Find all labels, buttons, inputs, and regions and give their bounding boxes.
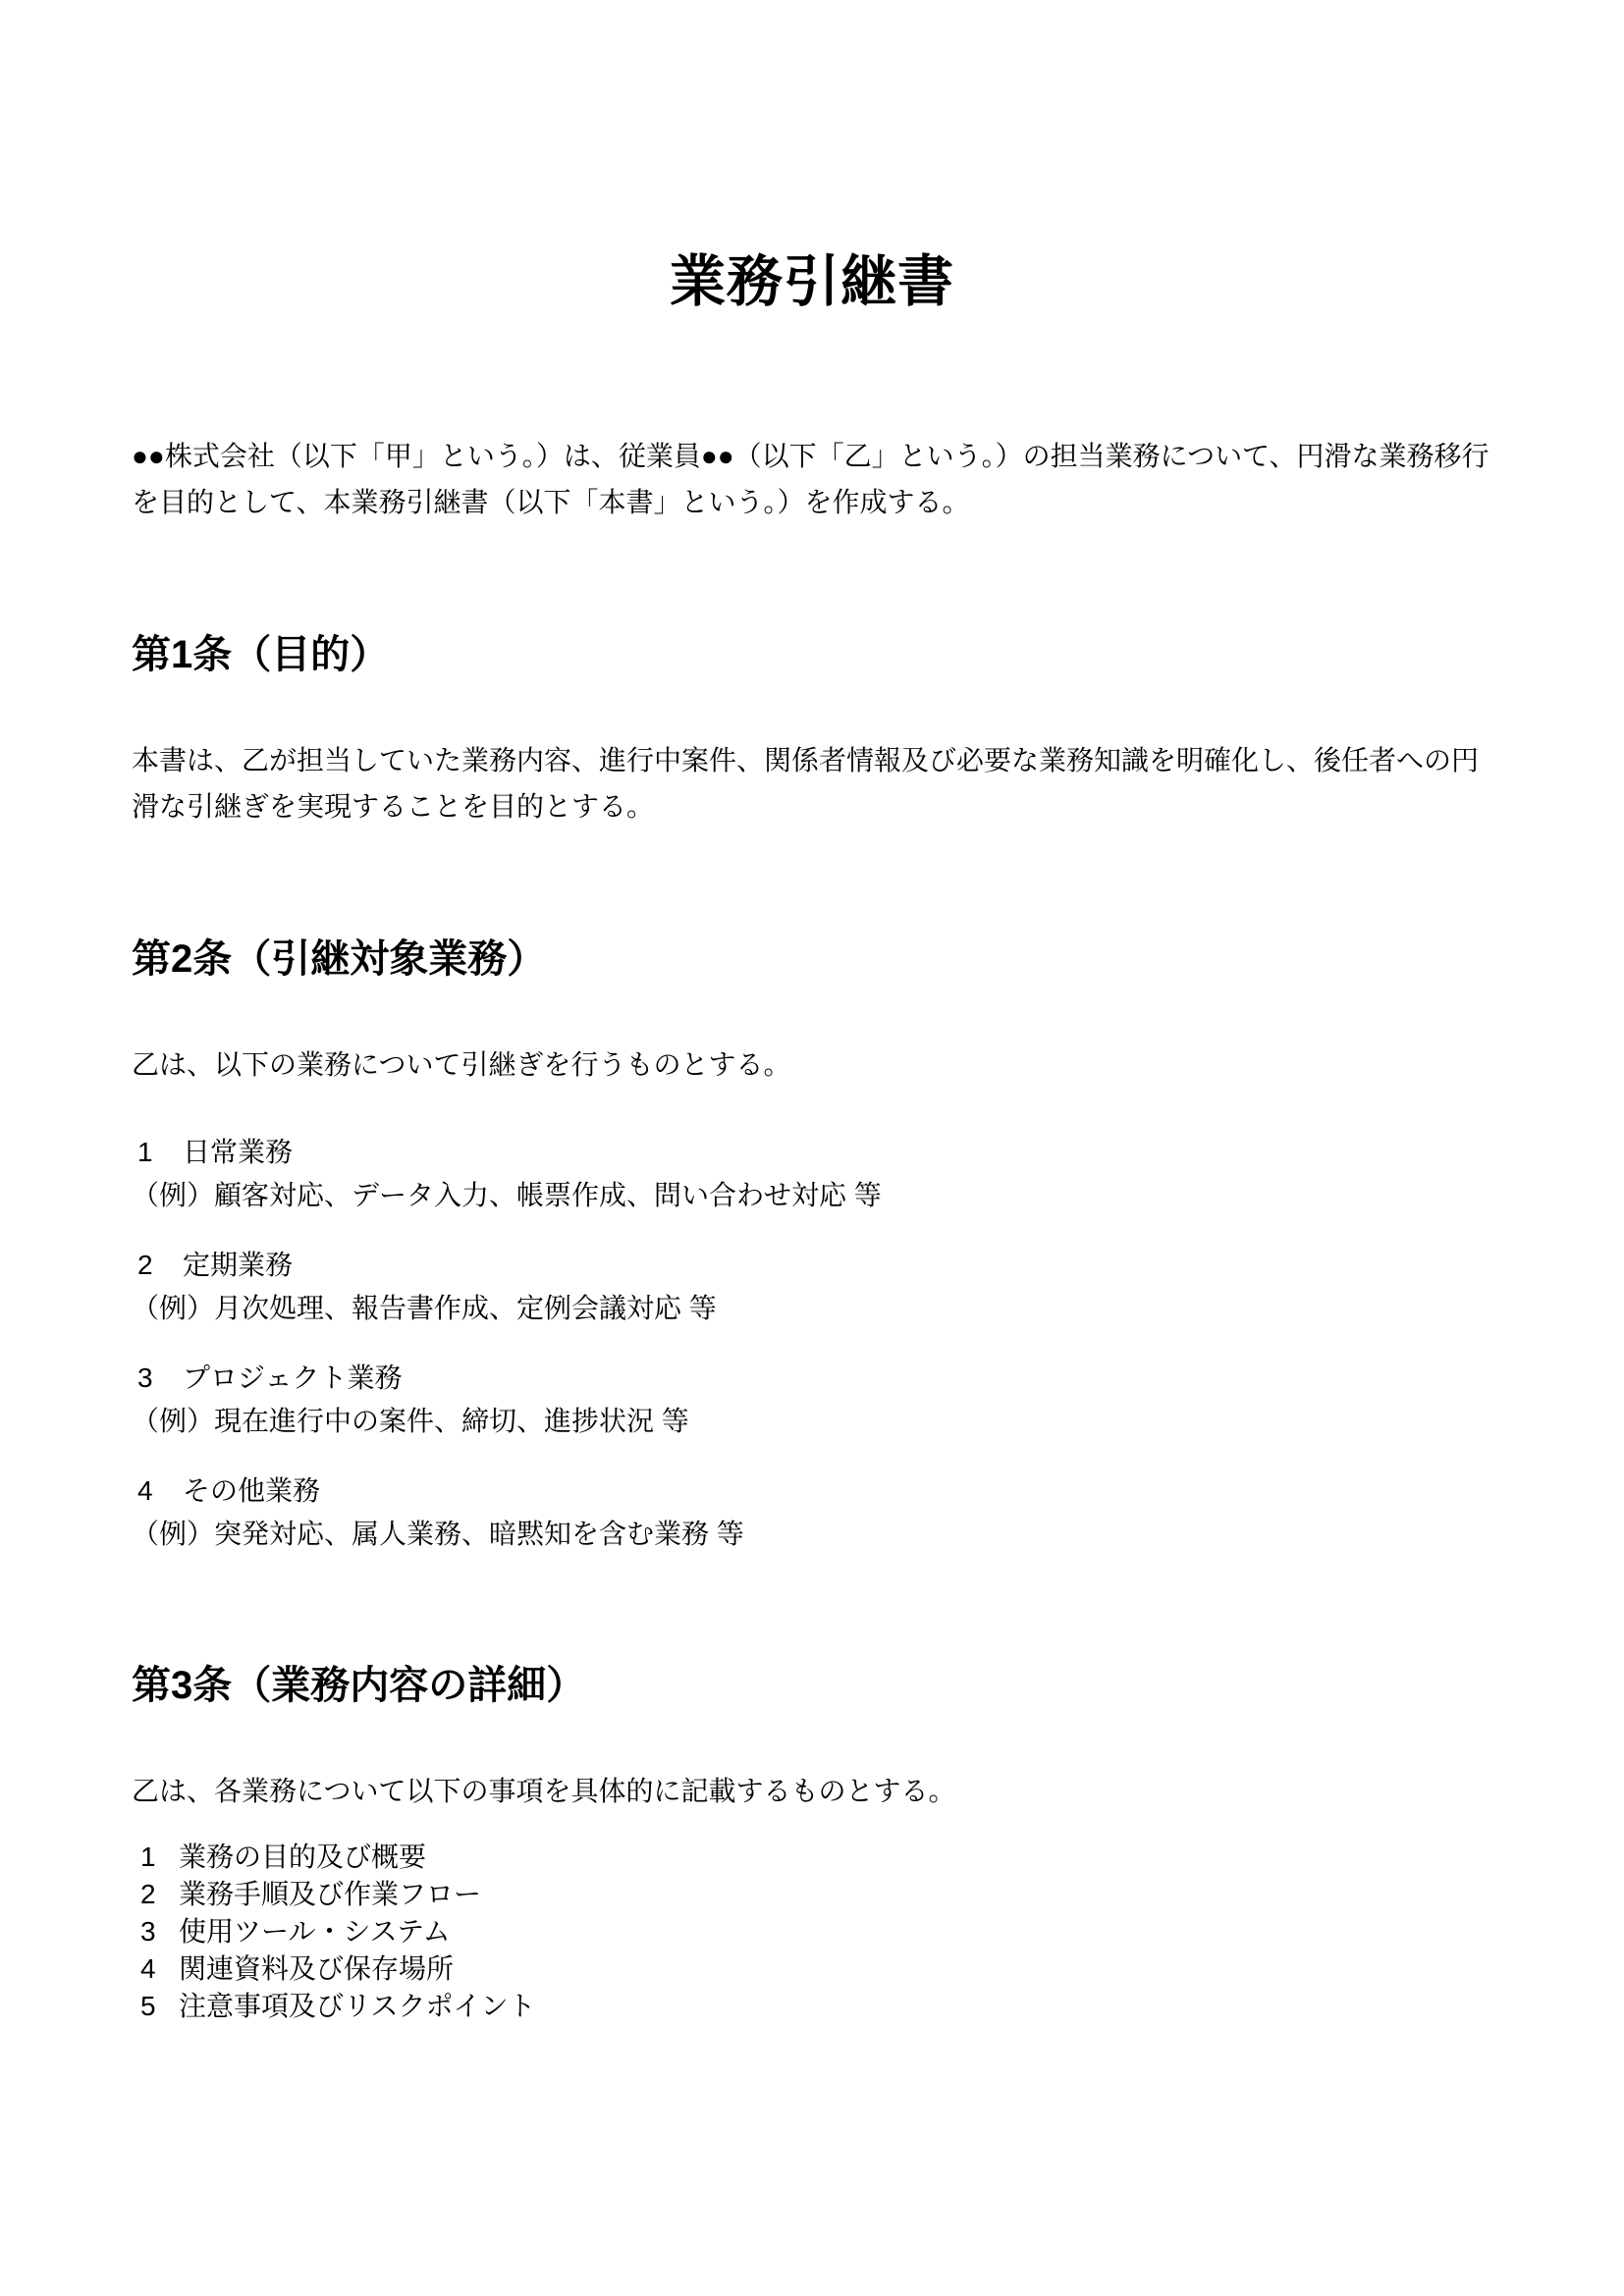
handover-item-2-label: 定期業務 bbox=[183, 1250, 293, 1280]
detail-item-5: 5注意事項及びリスクポイント bbox=[132, 1988, 1492, 2025]
detail-item-3-number: 3 bbox=[132, 1913, 179, 1950]
detail-item-4-label: 関連資料及び保存場所 bbox=[179, 1950, 454, 1988]
article-2-heading: 第2条（引継対象業務） bbox=[132, 935, 1492, 983]
handover-item-4-example: （例）突発対応、属人業務、暗黙知を含む業務 等 bbox=[132, 1513, 1492, 1556]
handover-item-3-title: 3プロジェクト業務 bbox=[132, 1357, 1492, 1400]
article-3-work-details: 第3条（業務内容の詳細） 乙は、各業務について以下の事項を具体的に記載するものと… bbox=[132, 1662, 1492, 2025]
handover-item-2: 2定期業務 （例）月次処理、報告書作成、定例会議対応 等 bbox=[132, 1244, 1492, 1330]
detail-item-list: 1業務の目的及び概要 2業務手順及び作業フロー 3使用ツール・システム 4関連資… bbox=[132, 1839, 1492, 2025]
handover-item-3-number: 3 bbox=[132, 1357, 183, 1400]
handover-item-4: 4その他業務 （例）突発対応、属人業務、暗黙知を含む業務 等 bbox=[132, 1469, 1492, 1556]
intro-paragraph: ●●株式会社（以下「甲」という。）は、従業員●●（以下「乙」という。）の担当業務… bbox=[132, 433, 1492, 525]
handover-item-4-title: 4その他業務 bbox=[132, 1469, 1492, 1513]
detail-item-2: 2業務手順及び作業フロー bbox=[132, 1876, 1492, 1913]
article-1-purpose: 第1条（目的） 本書は、乙が担当していた業務内容、進行中案件、関係者情報及び必要… bbox=[132, 631, 1492, 829]
handover-item-2-example: （例）月次処理、報告書作成、定例会議対応 等 bbox=[132, 1287, 1492, 1330]
detail-item-3-label: 使用ツール・システム bbox=[179, 1913, 451, 1950]
detail-item-2-number: 2 bbox=[132, 1876, 179, 1913]
handover-item-3-example: （例）現在進行中の案件、締切、進捗状況 等 bbox=[132, 1400, 1492, 1443]
handover-item-1: 1日常業務 （例）顧客対応、データ入力、帳票作成、問い合わせ対応 等 bbox=[132, 1131, 1492, 1217]
handover-item-4-number: 4 bbox=[132, 1469, 183, 1513]
article-1-body: 本書は、乙が担当していた業務内容、進行中案件、関係者情報及び必要な業務知識を明確… bbox=[132, 737, 1492, 829]
handover-item-3-label: プロジェクト業務 bbox=[183, 1362, 402, 1393]
detail-item-3: 3使用ツール・システム bbox=[132, 1913, 1492, 1950]
handover-item-2-title: 2定期業務 bbox=[132, 1244, 1492, 1287]
handover-item-2-number: 2 bbox=[132, 1244, 183, 1287]
document-page: 業務引継書 ●●株式会社（以下「甲」という。）は、従業員●●（以下「乙」という。… bbox=[0, 0, 1624, 2296]
article-3-body: 乙は、各業務について以下の事項を具体的に記載するものとする。 bbox=[132, 1768, 1492, 1814]
article-3-heading: 第3条（業務内容の詳細） bbox=[132, 1662, 1492, 1709]
handover-item-1-number: 1 bbox=[132, 1131, 183, 1174]
article-1-heading: 第1条（目的） bbox=[132, 631, 1492, 678]
article-2-body: 乙は、以下の業務について引継ぎを行うものとする。 bbox=[132, 1041, 1492, 1088]
detail-item-1-label: 業務の目的及び概要 bbox=[179, 1839, 426, 1876]
detail-item-4: 4関連資料及び保存場所 bbox=[132, 1950, 1492, 1988]
document-title: 業務引継書 bbox=[132, 248, 1492, 315]
handover-item-1-title: 1日常業務 bbox=[132, 1131, 1492, 1174]
detail-item-5-number: 5 bbox=[132, 1988, 179, 2025]
detail-item-2-label: 業務手順及び作業フロー bbox=[179, 1876, 481, 1913]
detail-item-5-label: 注意事項及びリスクポイント bbox=[179, 1988, 535, 2025]
detail-item-1-number: 1 bbox=[132, 1839, 179, 1876]
handover-item-3: 3プロジェクト業務 （例）現在進行中の案件、締切、進捗状況 等 bbox=[132, 1357, 1492, 1443]
handover-item-4-label: その他業務 bbox=[183, 1475, 320, 1506]
detail-item-4-number: 4 bbox=[132, 1950, 179, 1988]
article-2-handover-scope: 第2条（引継対象業務） 乙は、以下の業務について引継ぎを行うものとする。 1日常… bbox=[132, 935, 1492, 1556]
handover-item-1-example: （例）顧客対応、データ入力、帳票作成、問い合わせ対応 等 bbox=[132, 1174, 1492, 1217]
handover-item-list: 1日常業務 （例）顧客対応、データ入力、帳票作成、問い合わせ対応 等 2定期業務… bbox=[132, 1131, 1492, 1556]
detail-item-1: 1業務の目的及び概要 bbox=[132, 1839, 1492, 1876]
handover-item-1-label: 日常業務 bbox=[183, 1137, 293, 1167]
